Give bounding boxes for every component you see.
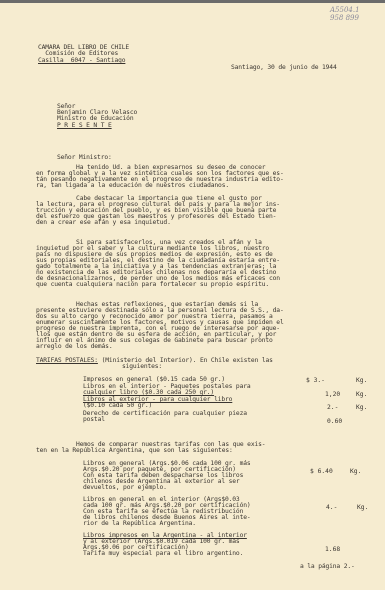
rate-unit: Kg. <box>357 504 368 511</box>
rate-price: 2.- <box>327 404 338 411</box>
tarifas-intro-2: siguientes: <box>122 364 162 371</box>
rate-price: $ 6.40 <box>310 468 333 475</box>
addressee-presente: P R E S E N T E <box>57 123 112 130</box>
rate-price: $ 3.- <box>306 377 325 384</box>
continuation-note: a la página 2.- <box>300 564 355 571</box>
tarifas-heading: TARIFAS POSTALES: <box>36 358 98 365</box>
greeting: Señor Ministro: <box>57 155 112 162</box>
paragraph-line: ra, tan ligada a la educación de nuestro… <box>36 183 229 190</box>
rate-price: 1.68 <box>325 546 340 553</box>
rate-description: rior de la República Argentina. <box>83 521 196 528</box>
paragraph-line: arreglo de los demás. <box>36 344 112 351</box>
letter-page: A5504.1 958 899 CAMARA DEL LIBRO DE CHIL… <box>0 3 385 590</box>
rate-unit: Kg. <box>356 404 367 411</box>
archive-ref-line-2: 958 899 <box>330 14 360 22</box>
paragraph-line: den a crear ese afán y esa inquietud. <box>36 220 171 227</box>
archive-reference: A5504.1 958 899 <box>330 6 360 22</box>
rate-unit: Kg. <box>356 377 367 384</box>
paragraph-line: que cuenta cualquiera nación para fortal… <box>36 282 269 289</box>
rate-description: postal <box>83 417 105 424</box>
rate-price: 0.60 <box>327 418 342 425</box>
rate-description: Derecho de certificación para cualquier … <box>83 411 247 418</box>
rate-unit: Kg. <box>356 391 367 398</box>
archive-ref-line-1: A5504.1 <box>330 6 360 14</box>
rate-description: devueltos, por ejemplo. <box>83 485 167 492</box>
rate-description: ($0.10 cada 50 gr.) <box>83 403 152 410</box>
rate-description: Tarifa muy especial para el libro argent… <box>83 551 243 558</box>
letterhead-address: Casilla 6047 - Santiago <box>38 58 125 65</box>
date-line: Santiago, 30 de junio de 1944 <box>231 65 337 72</box>
rate-price: 1,20 <box>325 391 340 398</box>
compare-intro-line: ten en la República Argentina, que son l… <box>36 448 233 455</box>
rate-price: 4.- <box>326 504 337 511</box>
rate-unit: Kg. <box>350 468 361 475</box>
